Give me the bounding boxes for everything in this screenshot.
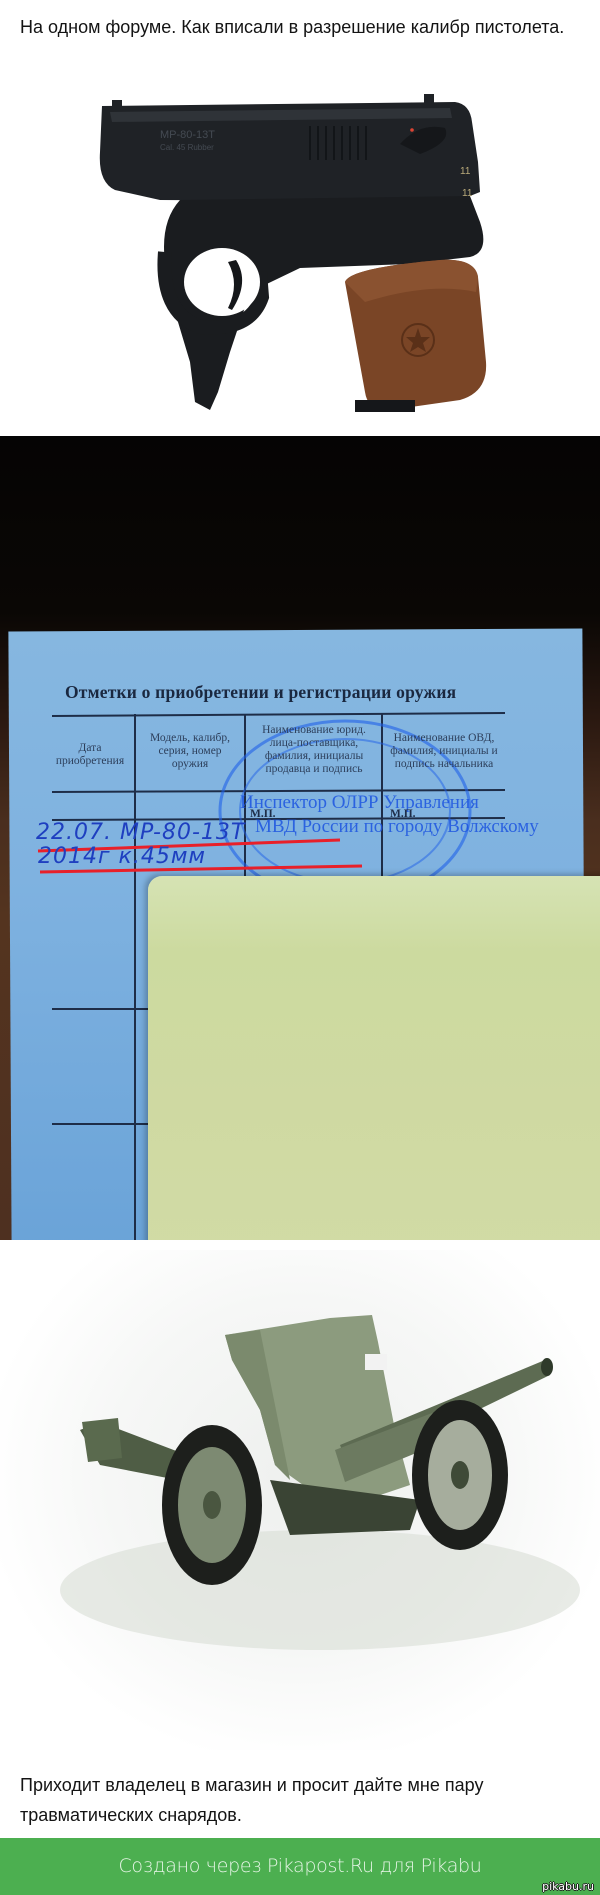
- document-image: Отметки о приобретении и регистрации ору…: [0, 436, 600, 1240]
- column-header-model: Модель, калибр, серия, номер оружия: [140, 732, 240, 771]
- column-header-date: Дата приобретения: [50, 742, 130, 768]
- slide-marking-caliber: Cal. 45 Rubber: [160, 143, 214, 152]
- mp-label-1: М.П.: [250, 808, 276, 821]
- frame-marking-2: 11: [462, 188, 473, 199]
- handwriting-line-2: 2014г к.45мм: [38, 844, 206, 869]
- frame-marking-1: 11: [460, 166, 471, 177]
- post-caption-top: На одном форуме. Как вписали в разрешени…: [20, 12, 580, 42]
- cannon-image: [0, 1250, 600, 1750]
- mp-label-2: М.П.: [390, 808, 416, 821]
- pistol-illustration: MP-80-13T Cal. 45 Rubber 11 11: [0, 92, 600, 422]
- pistol-image: MP-80-13T Cal. 45 Rubber 11 11: [0, 92, 600, 422]
- slide-marking-model: MP-80-13T: [160, 129, 215, 141]
- column-header-ovd: Наименование ОВД, фамилия, инициалы и по…: [388, 732, 500, 771]
- cannon-illustration: [0, 1250, 600, 1750]
- pikabu-watermark: pikabu.ru: [542, 1880, 594, 1893]
- pikapost-footer: Создано через Pikapost.Ru для Pikabu pik…: [0, 1838, 600, 1895]
- covering-paper: [148, 876, 600, 1240]
- post-caption-bottom: Приходит владелец в магазин и просит дай…: [20, 1770, 580, 1830]
- footer-credit-link[interactable]: Создано через Pikapost.Ru для Pikabu: [0, 1855, 600, 1877]
- handwriting-line-1: 22.07. MP-80-13T: [36, 820, 245, 845]
- column-header-supplier: Наименование юрид. лица-поставщика, фами…: [250, 724, 378, 776]
